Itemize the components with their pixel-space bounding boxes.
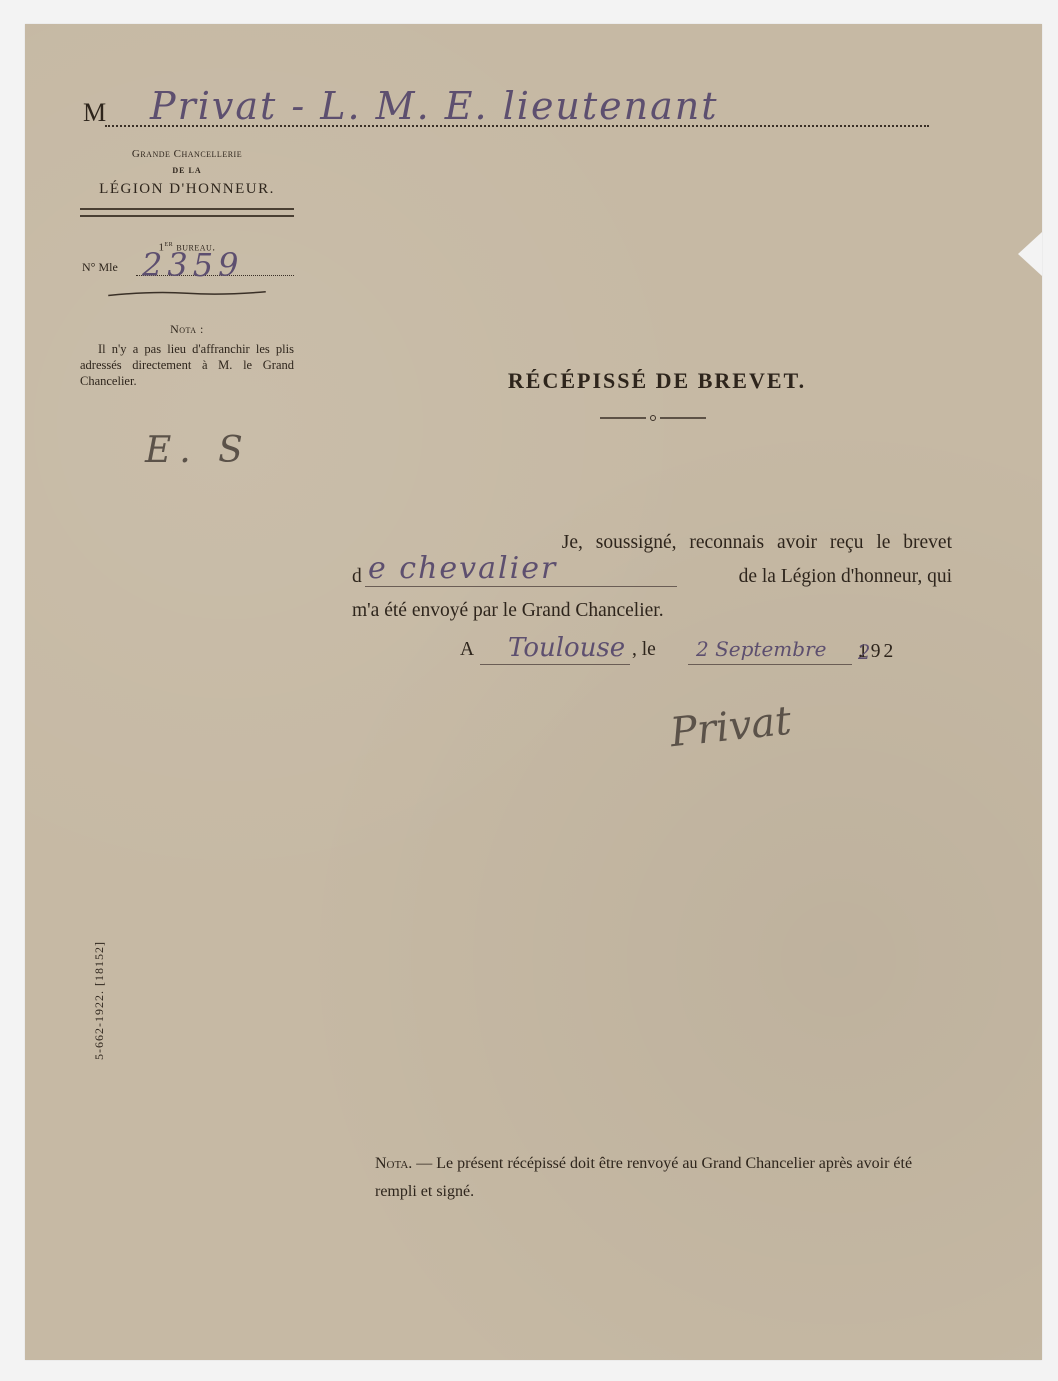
body-line-3: m'a été envoyé par le Grand Chancelier. — [352, 594, 952, 628]
year-period: . — [858, 641, 866, 663]
matricule-label: N° Mle — [82, 260, 118, 275]
footer-nota-label: Nota. — [375, 1155, 412, 1172]
receipt-body: Je, soussigné, reconnais avoir reçu le b… — [352, 526, 952, 628]
nota-text: Il n'y a pas lieu d'affranchir les plis … — [80, 341, 294, 389]
org-line-3: LÉGION D'HONNEUR. — [80, 181, 294, 198]
addressee-handwritten: Privat - L. M. E. lieutenant — [150, 84, 719, 128]
place-prefix: A — [460, 639, 474, 661]
place-handwritten: Toulouse — [508, 633, 625, 663]
printer-code: 5-662-1922. [18152] — [92, 941, 107, 1060]
footer-nota: Nota. — Le présent récépissé doit être r… — [375, 1150, 955, 1206]
org-line-1: Grande Chancellerie — [80, 148, 294, 160]
swash-rule — [80, 291, 294, 297]
addressee-label: M — [83, 98, 106, 128]
grade-underline — [365, 586, 677, 587]
org-line-2: DE LA — [80, 166, 294, 175]
body-line-2: d e chevalier de la Légion d'honneur, qu… — [352, 560, 952, 594]
nota-title: Nota : — [80, 322, 294, 337]
grade-handwritten: e chevalier — [368, 552, 557, 586]
double-rule — [80, 208, 294, 217]
place-date-row: A Toulouse , le 2 Septembre 1922. — [460, 637, 960, 671]
document-title: RÉCÉPISSÉ DE BREVET. — [452, 368, 862, 394]
body-line-2-suffix: de la Légion d'honneur, qui — [739, 560, 952, 594]
left-column: Grande Chancellerie DE LA LÉGION D'HONNE… — [80, 146, 294, 389]
place-underline — [480, 664, 630, 665]
date-underline — [688, 664, 852, 665]
pencil-mark: E. S — [145, 430, 251, 471]
title-ornament — [600, 414, 706, 422]
date-prefix: , le — [632, 639, 656, 661]
date-handwritten: 2 Septembre — [696, 637, 826, 661]
grade-prefix: d — [352, 560, 362, 594]
footer-nota-text: — Le présent récépissé doit être renvoyé… — [375, 1155, 912, 1200]
paper-tear — [1018, 232, 1042, 276]
matricule-row: N° Mle 2359 — [80, 256, 294, 284]
matricule-value: 2359 — [142, 246, 243, 284]
